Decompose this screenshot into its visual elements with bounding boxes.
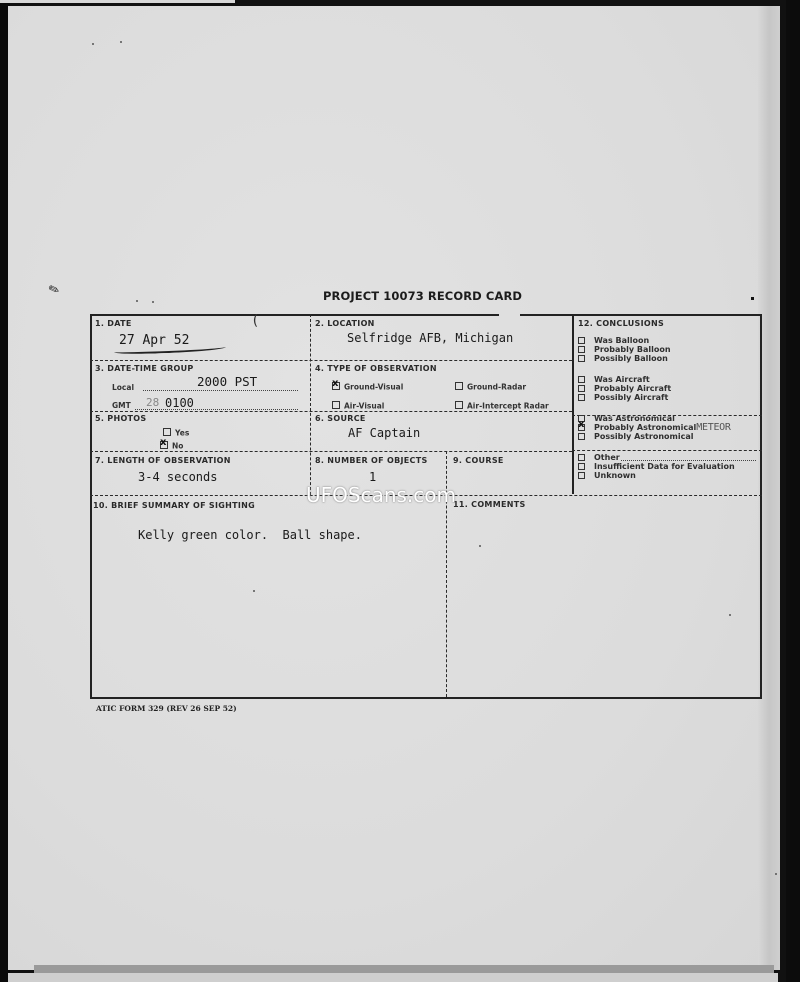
divider [90, 451, 572, 452]
conclusion-unknown[interactable]: Unknown [578, 471, 636, 480]
form-border-left [90, 314, 92, 699]
length-of-observation-value: 3-4 seconds [138, 470, 217, 484]
conclusion-probably-astronomical[interactable]: Probably AstronomicalMETEOR [578, 423, 731, 432]
comments-label: 11. COMMENTS [453, 500, 526, 509]
local-label: Local [112, 383, 134, 392]
conclusion-probably-aircraft[interactable]: Probably Aircraft [578, 384, 671, 393]
conclusion-probably-balloon[interactable]: Probably Balloon [578, 345, 671, 354]
location-label: 2. LOCATION [315, 319, 375, 328]
option-photos-yes[interactable]: Yes [163, 428, 189, 438]
checkbox-icon[interactable] [578, 454, 585, 461]
gmt-label: GMT [112, 401, 131, 410]
scan-speck [479, 545, 481, 547]
conclusion-other[interactable]: Other [578, 453, 620, 462]
scan-speck [136, 300, 138, 302]
option-ground-radar[interactable]: Ground-Radar [455, 382, 526, 392]
local-time-value: 2000 PST [197, 374, 257, 389]
photos-label: 5. PHOTOS [95, 414, 146, 423]
checkbox-checked-icon[interactable] [160, 441, 168, 449]
divider [90, 411, 572, 412]
meteor-annotation: METEOR [696, 422, 730, 433]
date-time-group-label: 3. DATE-TIME GROUP [95, 364, 194, 373]
course-label: 9. COURSE [453, 456, 504, 465]
conclusion-possibly-aircraft[interactable]: Possibly Aircraft [578, 393, 668, 402]
gmt-underline [135, 409, 298, 410]
conclusions-label: 12. CONCLUSIONS [578, 319, 664, 328]
checkbox-icon[interactable] [578, 385, 585, 392]
divider [90, 360, 572, 361]
type-of-observation-label: 4. TYPE OF OBSERVATION [315, 364, 437, 373]
divider [572, 450, 762, 451]
conclusion-was-astronomical[interactable]: Was Astronomical [578, 414, 675, 423]
conclusion-was-aircraft[interactable]: Was Aircraft [578, 375, 650, 384]
scan-speck [775, 873, 777, 875]
form-border-top [520, 314, 762, 316]
number-of-objects-label: 8. NUMBER OF OBJECTS [315, 456, 428, 465]
checkbox-icon[interactable] [578, 472, 585, 479]
form-border-top [274, 314, 499, 316]
local-underline [143, 390, 298, 391]
form-border-bottom [90, 697, 762, 699]
conclusion-possibly-balloon[interactable]: Possibly Balloon [578, 354, 668, 363]
checkbox-icon[interactable] [455, 401, 463, 409]
source-value: AF Captain [348, 426, 420, 440]
scan-speck [152, 301, 154, 303]
divider [572, 314, 574, 494]
checkbox-icon[interactable] [578, 346, 585, 353]
checkbox-checked-icon[interactable] [578, 424, 585, 431]
scan-bottom-bar [34, 965, 774, 973]
checkbox-icon[interactable] [578, 337, 585, 344]
checkbox-icon[interactable] [578, 463, 585, 470]
checkbox-checked-icon[interactable] [332, 382, 340, 390]
option-air-intercept-radar[interactable]: Air-Intercept Radar [455, 401, 549, 411]
checkbox-icon[interactable] [163, 428, 171, 436]
scan-bottom-edge [8, 973, 778, 982]
paren-mark: ( [251, 313, 259, 329]
gmt-time-value: 0100 [165, 396, 194, 410]
checkbox-icon[interactable] [455, 382, 463, 390]
number-of-objects-value: 1 [369, 470, 376, 484]
conclusion-possibly-astronomical[interactable]: Possibly Astronomical [578, 432, 693, 441]
option-photos-no[interactable]: No [160, 441, 183, 451]
gmt-annotation: 28 [146, 396, 159, 409]
brief-summary-label: 10. BRIEF SUMMARY OF SIGHTING [93, 501, 255, 510]
conclusion-insufficient-data[interactable]: Insufficient Data for Evaluation [578, 462, 735, 471]
form-border-right [760, 314, 762, 699]
location-value: Selfridge AFB, Michigan [347, 331, 513, 345]
scan-right-edge [786, 0, 800, 982]
scan-speck [92, 43, 94, 45]
checkbox-icon[interactable] [578, 433, 585, 440]
scan-top-strip [0, 0, 235, 3]
divider [310, 314, 311, 495]
checkbox-icon[interactable] [578, 376, 585, 383]
checkbox-icon[interactable] [578, 394, 585, 401]
other-underline [621, 460, 756, 461]
form-footer: ATIC FORM 329 (REV 26 SEP 52) [96, 704, 237, 713]
scan-dot [751, 297, 754, 300]
scan-speck [253, 590, 255, 592]
conclusion-was-balloon[interactable]: Was Balloon [578, 336, 649, 345]
length-of-observation-label: 7. LENGTH OF OBSERVATION [95, 456, 231, 465]
form-border-top [90, 314, 290, 316]
date-label: 1. DATE [95, 319, 132, 328]
watermark: UFOScans.com [306, 483, 456, 507]
scan-speck [729, 614, 731, 616]
brief-summary-value: Kelly green color. Ball shape. [138, 528, 362, 542]
scan-speck [120, 41, 122, 43]
option-air-visual[interactable]: Air-Visual [332, 401, 384, 411]
card-title: PROJECT 10073 RECORD CARD [323, 289, 522, 303]
source-label: 6. SOURCE [315, 414, 366, 423]
checkbox-icon[interactable] [332, 401, 340, 409]
option-ground-visual[interactable]: Ground-Visual [332, 382, 403, 392]
checkbox-icon[interactable] [578, 355, 585, 362]
